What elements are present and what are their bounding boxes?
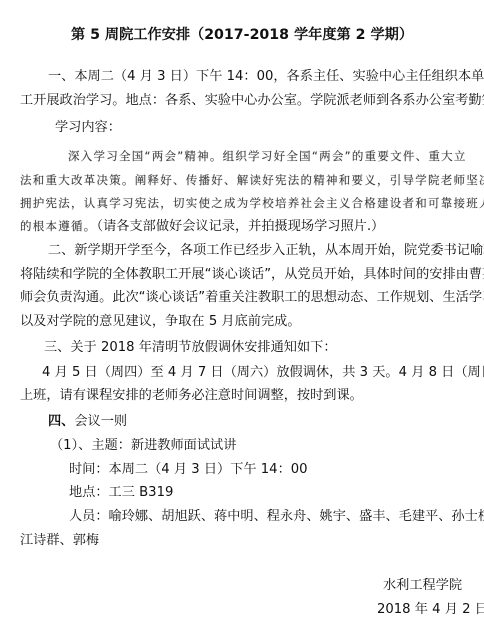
meeting-topic: （1）、主题：新进教师面试试讲 — [50, 438, 236, 454]
study-content-end: 的根本遵循。 — [20, 219, 97, 233]
section2-line4: 以及对学院的意见建议，争取在 5 月底前完成。 — [20, 314, 301, 330]
section4-title: 会议一则 — [74, 414, 127, 429]
section4-heading: 四、会议一则 — [48, 414, 127, 430]
study-content-line3: 拥护宪法，认真学习宪法，切实使之成为学校培养社会主义合格建设者和可靠接班人 — [20, 195, 484, 211]
section2-line1: 二、新学期开学至今，各项工作已经步入正轨，从本周开始，院党委书记喻玲娜 — [48, 243, 484, 259]
section1-line1: 一、本周二（4 月 3 日）下午 14：00，各系主任、实验中心主任组织本单位教… — [48, 69, 484, 85]
section4-number: 四、 — [48, 414, 74, 429]
signature-org: 水利工程学院 — [383, 578, 462, 594]
section3-line1: 4 月 5 日（周四）至 4 月 7 日（周六）放假调休，共 3 天。4 月 8… — [42, 365, 484, 381]
section2-line3: 师会负责沟通。此次“谈心谈话”着重关注教职工的思想动态、工作规划、生活学习 — [20, 290, 484, 306]
meeting-location: 地点：工三 B319 — [69, 485, 173, 501]
meeting-people-line1: 人员：喻玲娜、胡旭跃、蒋中明、程永舟、姚宇、盛丰、毛建平、孙士权、 — [69, 509, 484, 525]
study-content-line2: 法和重大改革决策。阐释好、传播好、解读好宪法的精神和要义，引导学院老师坚决 — [20, 172, 484, 188]
section3-heading: 三、关于 2018 年清明节放假调休安排通知如下： — [44, 340, 337, 356]
section1-line2: 工开展政治学习。地点：各系、实验中心办公室。学院派老师到各系办公室考勤签到。 — [20, 93, 484, 109]
signature-date: 2018 年 4 月 2 日 — [377, 602, 484, 618]
section3-line2: 上班，请有课程安排的老师务必注意时间调整，按时到课。 — [20, 388, 363, 404]
meeting-people-line2: 江诗群、郭梅 — [20, 533, 99, 549]
document-title: 第 5 周院工作安排（2017-2018 学年度第 2 学期） — [0, 26, 484, 44]
meeting-time: 时间：本周二（4 月 3 日）下午 14：00 — [69, 462, 308, 478]
study-content-line1: 深入学习全国“两会”精神。组织学习好全国“两会”的重要文件、重大立 — [68, 148, 467, 164]
study-note: （请各支部做好会议记录，并拍摄现场学习照片.） — [97, 219, 385, 234]
study-heading: 学习内容： — [55, 120, 121, 136]
section2-line2: 将陆续和学院的全体教职工开展“谈心谈话”，从党员开始，具体时间的安排由曹英老 — [20, 267, 484, 283]
study-content-line4: 的根本遵循。（请各支部做好会议记录，并拍摄现场学习照片.） — [20, 218, 384, 235]
